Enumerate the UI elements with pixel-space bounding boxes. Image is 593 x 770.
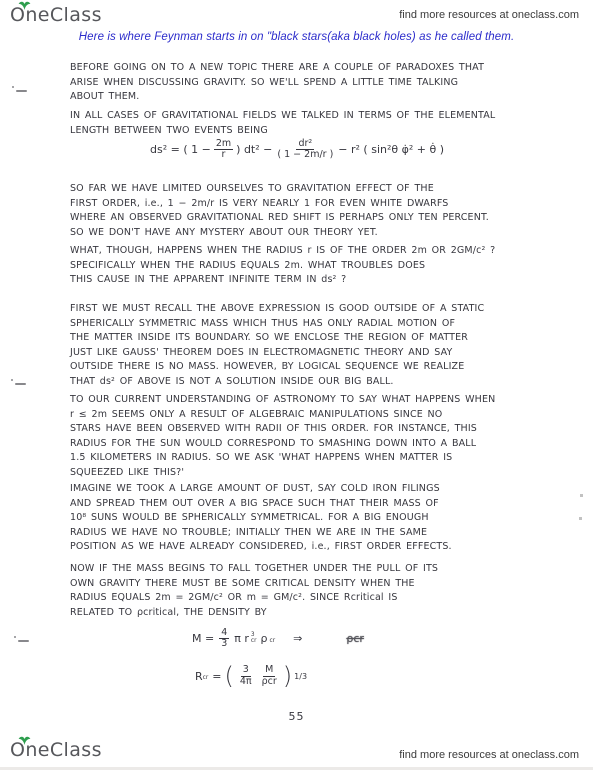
find-more-resources-text-header: find more resources at oneclass.com bbox=[399, 9, 579, 21]
find-more-resources-text-footer: find more resources at oneclass.com bbox=[399, 749, 579, 761]
note-line: NOW IF THE MASS BEGINS TO FALL TOGETHER … bbox=[70, 563, 438, 578]
page-number: 55 bbox=[0, 710, 593, 723]
scan-speck bbox=[580, 494, 583, 497]
note-line: FIRST ORDER, i.e., 1 − 2m/r IS VERY NEAR… bbox=[70, 198, 489, 213]
elemental-length-equation: ds² = ( 1 − 2m r ) dt² − dr² ( 1 − 2m/r … bbox=[150, 139, 444, 161]
note-line: RADIUS EQUALS 2m = 2GM/c² OR m = GM/c². … bbox=[70, 592, 438, 607]
fraction-2m-over-r: 2m r bbox=[214, 139, 233, 161]
note-line: r ≤ 2m SEEMS ONLY A RESULT OF ALGEBRAIC … bbox=[70, 409, 495, 424]
close-paren: ) bbox=[283, 662, 292, 690]
scratched-out-term: ρcr bbox=[346, 632, 364, 645]
note-line: THE MATTER INSIDE ITS BOUNDARY. SO WE EN… bbox=[70, 332, 484, 347]
para-gauss-theorem-recall: FIRST WE MUST RECALL THE ABOVE EXPRESSIO… bbox=[70, 303, 484, 390]
oneclass-logo-header: OneClass bbox=[10, 4, 102, 30]
equals-sign: = bbox=[212, 670, 221, 683]
eq-lhs-base: R bbox=[195, 670, 203, 683]
para-iron-filings: IMAGINE WE TOOK A LARGE AMOUNT OF DUST, … bbox=[70, 483, 452, 556]
scan-speck bbox=[579, 517, 582, 520]
critical-radius-equation: R cr = ( 3 4π M ρcr ) 1/3 bbox=[195, 662, 307, 690]
critical-mass-equation: M = 4 3 π r 3 cr ρ cr ⇒ ρcr bbox=[190, 628, 364, 650]
note-line: RELATED TO ρcritical, THE DENSITY BY bbox=[70, 607, 438, 622]
open-paren: ( bbox=[224, 662, 233, 690]
fraction-dr2: dr² ( 1 − 2m/r ) bbox=[275, 139, 335, 161]
leaf-icon bbox=[18, 735, 31, 746]
para-elemental-length: IN ALL CASES OF GRAVITATIONAL FIELDS WE … bbox=[70, 110, 495, 139]
note-line: IMAGINE WE TOOK A LARGE AMOUNT OF DUST, … bbox=[70, 483, 452, 498]
fraction-m-over-rho: M ρcr bbox=[260, 665, 279, 687]
scanned-notes-page: OneClass find more resources at oneclass… bbox=[0, 0, 593, 770]
note-line: AND SPREAD THEM OUT OVER A BIG SPACE SUC… bbox=[70, 498, 452, 513]
implies-arrow: ⇒ bbox=[293, 632, 302, 645]
note-line: LENGTH BETWEEN TWO EVENTS BEING bbox=[70, 125, 495, 140]
note-line: WHERE AN OBSERVED GRAVITATIONAL RED SHIF… bbox=[70, 212, 489, 227]
note-line: ARISE WHEN DISCUSSING GRAVITY. SO WE'LL … bbox=[70, 77, 484, 92]
eq-mid: ) dt² − bbox=[236, 143, 272, 156]
fraction-4-over-3: 4 3 bbox=[219, 628, 229, 650]
note-line: OUTSIDE THERE IS NO MASS. HOWEVER, BY LO… bbox=[70, 361, 484, 376]
scan-smudge bbox=[18, 640, 29, 642]
note-line: IN ALL CASES OF GRAVITATIONAL FIELDS WE … bbox=[70, 110, 495, 125]
eq-lhs: M = bbox=[192, 632, 214, 645]
para-first-order: SO FAR WE HAVE LIMITED OURSELVES TO GRAV… bbox=[70, 183, 489, 241]
note-line: BEFORE GOING ON TO A NEW TOPIC THERE ARE… bbox=[70, 62, 484, 77]
scan-smudge bbox=[16, 90, 27, 92]
fraction-3-over-4pi: 3 4π bbox=[238, 665, 254, 687]
exponent-one-third: 1/3 bbox=[294, 672, 307, 681]
eq-term: π r bbox=[234, 632, 249, 645]
note-line: THIS CAUSE IN THE APPARENT INFINITE TERM… bbox=[70, 274, 495, 289]
note-line: JUST LIKE GAUSS' THEOREM DOES IN ELECTRO… bbox=[70, 347, 484, 362]
para-radius-2m-question: WHAT, THOUGH, HAPPENS WHEN THE RADIUS r … bbox=[70, 245, 495, 289]
note-line: RADIUS FOR THE SUN WOULD CORRESPOND TO S… bbox=[70, 438, 495, 453]
para-intro-paradoxes: BEFORE GOING ON TO A NEW TOPIC THERE ARE… bbox=[70, 62, 484, 106]
scan-smudge bbox=[15, 383, 26, 385]
page-subtitle: Here is where Feynman starts in on "blac… bbox=[0, 31, 593, 43]
note-line: STARS HAVE BEEN OBSERVED WITH RADII OF T… bbox=[70, 423, 495, 438]
eq-term: ρ bbox=[261, 632, 268, 645]
note-line: FIRST WE MUST RECALL THE ABOVE EXPRESSIO… bbox=[70, 303, 484, 318]
note-line: ABOUT THEM. bbox=[70, 91, 484, 106]
leaf-icon bbox=[18, 0, 31, 11]
oneclass-logo-footer: OneClass bbox=[10, 739, 102, 765]
note-line: 10⁸ SUNS WOULD BE SPHERICALLY SYMMETRICA… bbox=[70, 512, 452, 527]
note-line: SQUEEZED LIKE THIS?' bbox=[70, 467, 495, 482]
note-line: POSITION AS WE HAVE ALREADY CONSIDERED, … bbox=[70, 541, 452, 556]
eq-lhs: ds² = ( 1 − bbox=[150, 143, 211, 156]
note-line: SPHERICALLY SYMMETRIC MASS WHICH THUS HA… bbox=[70, 318, 484, 333]
note-line: 1.5 KILOMETERS IN RADIUS. SO WE ASK 'WHA… bbox=[70, 452, 495, 467]
note-line: THAT ds² OF ABOVE IS NOT A SOLUTION INSI… bbox=[70, 376, 484, 391]
para-astronomy-sun-radius: TO OUR CURRENT UNDERSTANDING OF ASTRONOM… bbox=[70, 394, 495, 481]
para-critical-density: NOW IF THE MASS BEGINS TO FALL TOGETHER … bbox=[70, 563, 438, 621]
note-line: SPECIFICALLY WHEN THE RADIUS EQUALS 2m. … bbox=[70, 260, 495, 275]
note-line: SO WE DON'T HAVE ANY MYSTERY ABOUT OUR T… bbox=[70, 227, 489, 242]
r-critical-sub: cr bbox=[203, 670, 209, 682]
r-cubed-critical: 3 cr bbox=[251, 633, 257, 645]
eq-tail: − r² ( sin²θ φ̇² + θ̇ ) bbox=[338, 143, 444, 156]
note-line: TO OUR CURRENT UNDERSTANDING OF ASTRONOM… bbox=[70, 394, 495, 409]
note-line: WHAT, THOUGH, HAPPENS WHEN THE RADIUS r … bbox=[70, 245, 495, 260]
note-line: SO FAR WE HAVE LIMITED OURSELVES TO GRAV… bbox=[70, 183, 489, 198]
rho-critical-sub: cr bbox=[270, 633, 276, 645]
note-line: RADIUS WE HAVE NO TROUBLE; INITIALLY THE… bbox=[70, 527, 452, 542]
note-line: OWN GRAVITY THERE MUST BE SOME CRITICAL … bbox=[70, 578, 438, 593]
